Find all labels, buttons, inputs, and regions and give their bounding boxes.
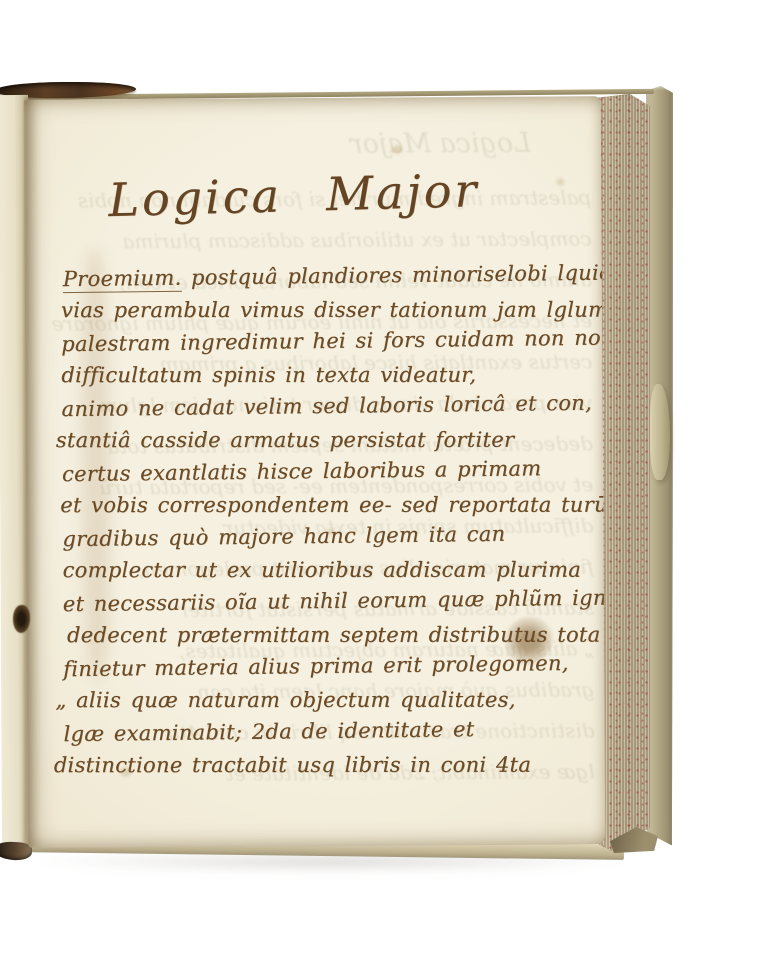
manuscript-line: Proemium. postquâ plandiores minoriselob… (63, 261, 595, 300)
foxing-spot (556, 178, 564, 185)
fore-edge-pages (597, 94, 650, 854)
show-through-title: Logica Major (38, 123, 531, 167)
manuscript-line: certus exantlatis hisce laboribus a prim… (62, 456, 596, 495)
manuscript-line: finietur materia alius prima erit proleg… (63, 651, 597, 690)
line-text: postquâ plandiores minoriselobi lquio (181, 260, 605, 289)
manuscript-line: complectar ut ex utilioribus addiscam pl… (63, 557, 597, 590)
manuscript-line: lgæ examinabit; 2da de identitate et (63, 716, 597, 755)
manuscript-line: difficultatum spinis in texta videatur, (61, 362, 595, 395)
manuscript-line: stantiâ casside armatus persistat fortit… (56, 427, 596, 460)
title-word-logica: Logica (108, 168, 283, 227)
manuscript-body: Proemium. postquâ plandiores minoriselob… (61, 262, 598, 785)
manuscript-line: animo ne cadat velim sed laboris loricâ … (61, 391, 595, 430)
title-word-major: Major (325, 163, 480, 221)
manuscript-line: distinctione tractabit usq libris in con… (54, 752, 598, 785)
gutter-shadow (24, 98, 40, 846)
manuscript-line: dedecent prætermittam septem distributus… (67, 622, 597, 655)
foxing-spot (392, 145, 402, 153)
manuscript-line: vias perambula vimus disser tationum jam… (61, 297, 595, 330)
manuscript-line: et necessariis oĩa ut nihil eorum quæ ph… (63, 586, 597, 625)
proemium-underlined: Proemium. (63, 266, 182, 293)
manuscript-title: LogicaMajor (108, 163, 480, 227)
manuscript-line: „ aliis quæ naturam objectum qualitates, (55, 687, 597, 720)
manuscript-line: gradibus quò majore hanc lgem ita can (62, 521, 596, 560)
book-photo: Logica Major palestram ingredimur hei si… (0, 0, 768, 953)
manuscript-line: palestram ingredimur hei si fors cuidam … (61, 326, 595, 365)
manuscript-line: et vobis correspondentem ee- sed reporta… (60, 492, 596, 525)
manuscript-page: Logica Major palestram ingredimur hei si… (24, 96, 606, 848)
